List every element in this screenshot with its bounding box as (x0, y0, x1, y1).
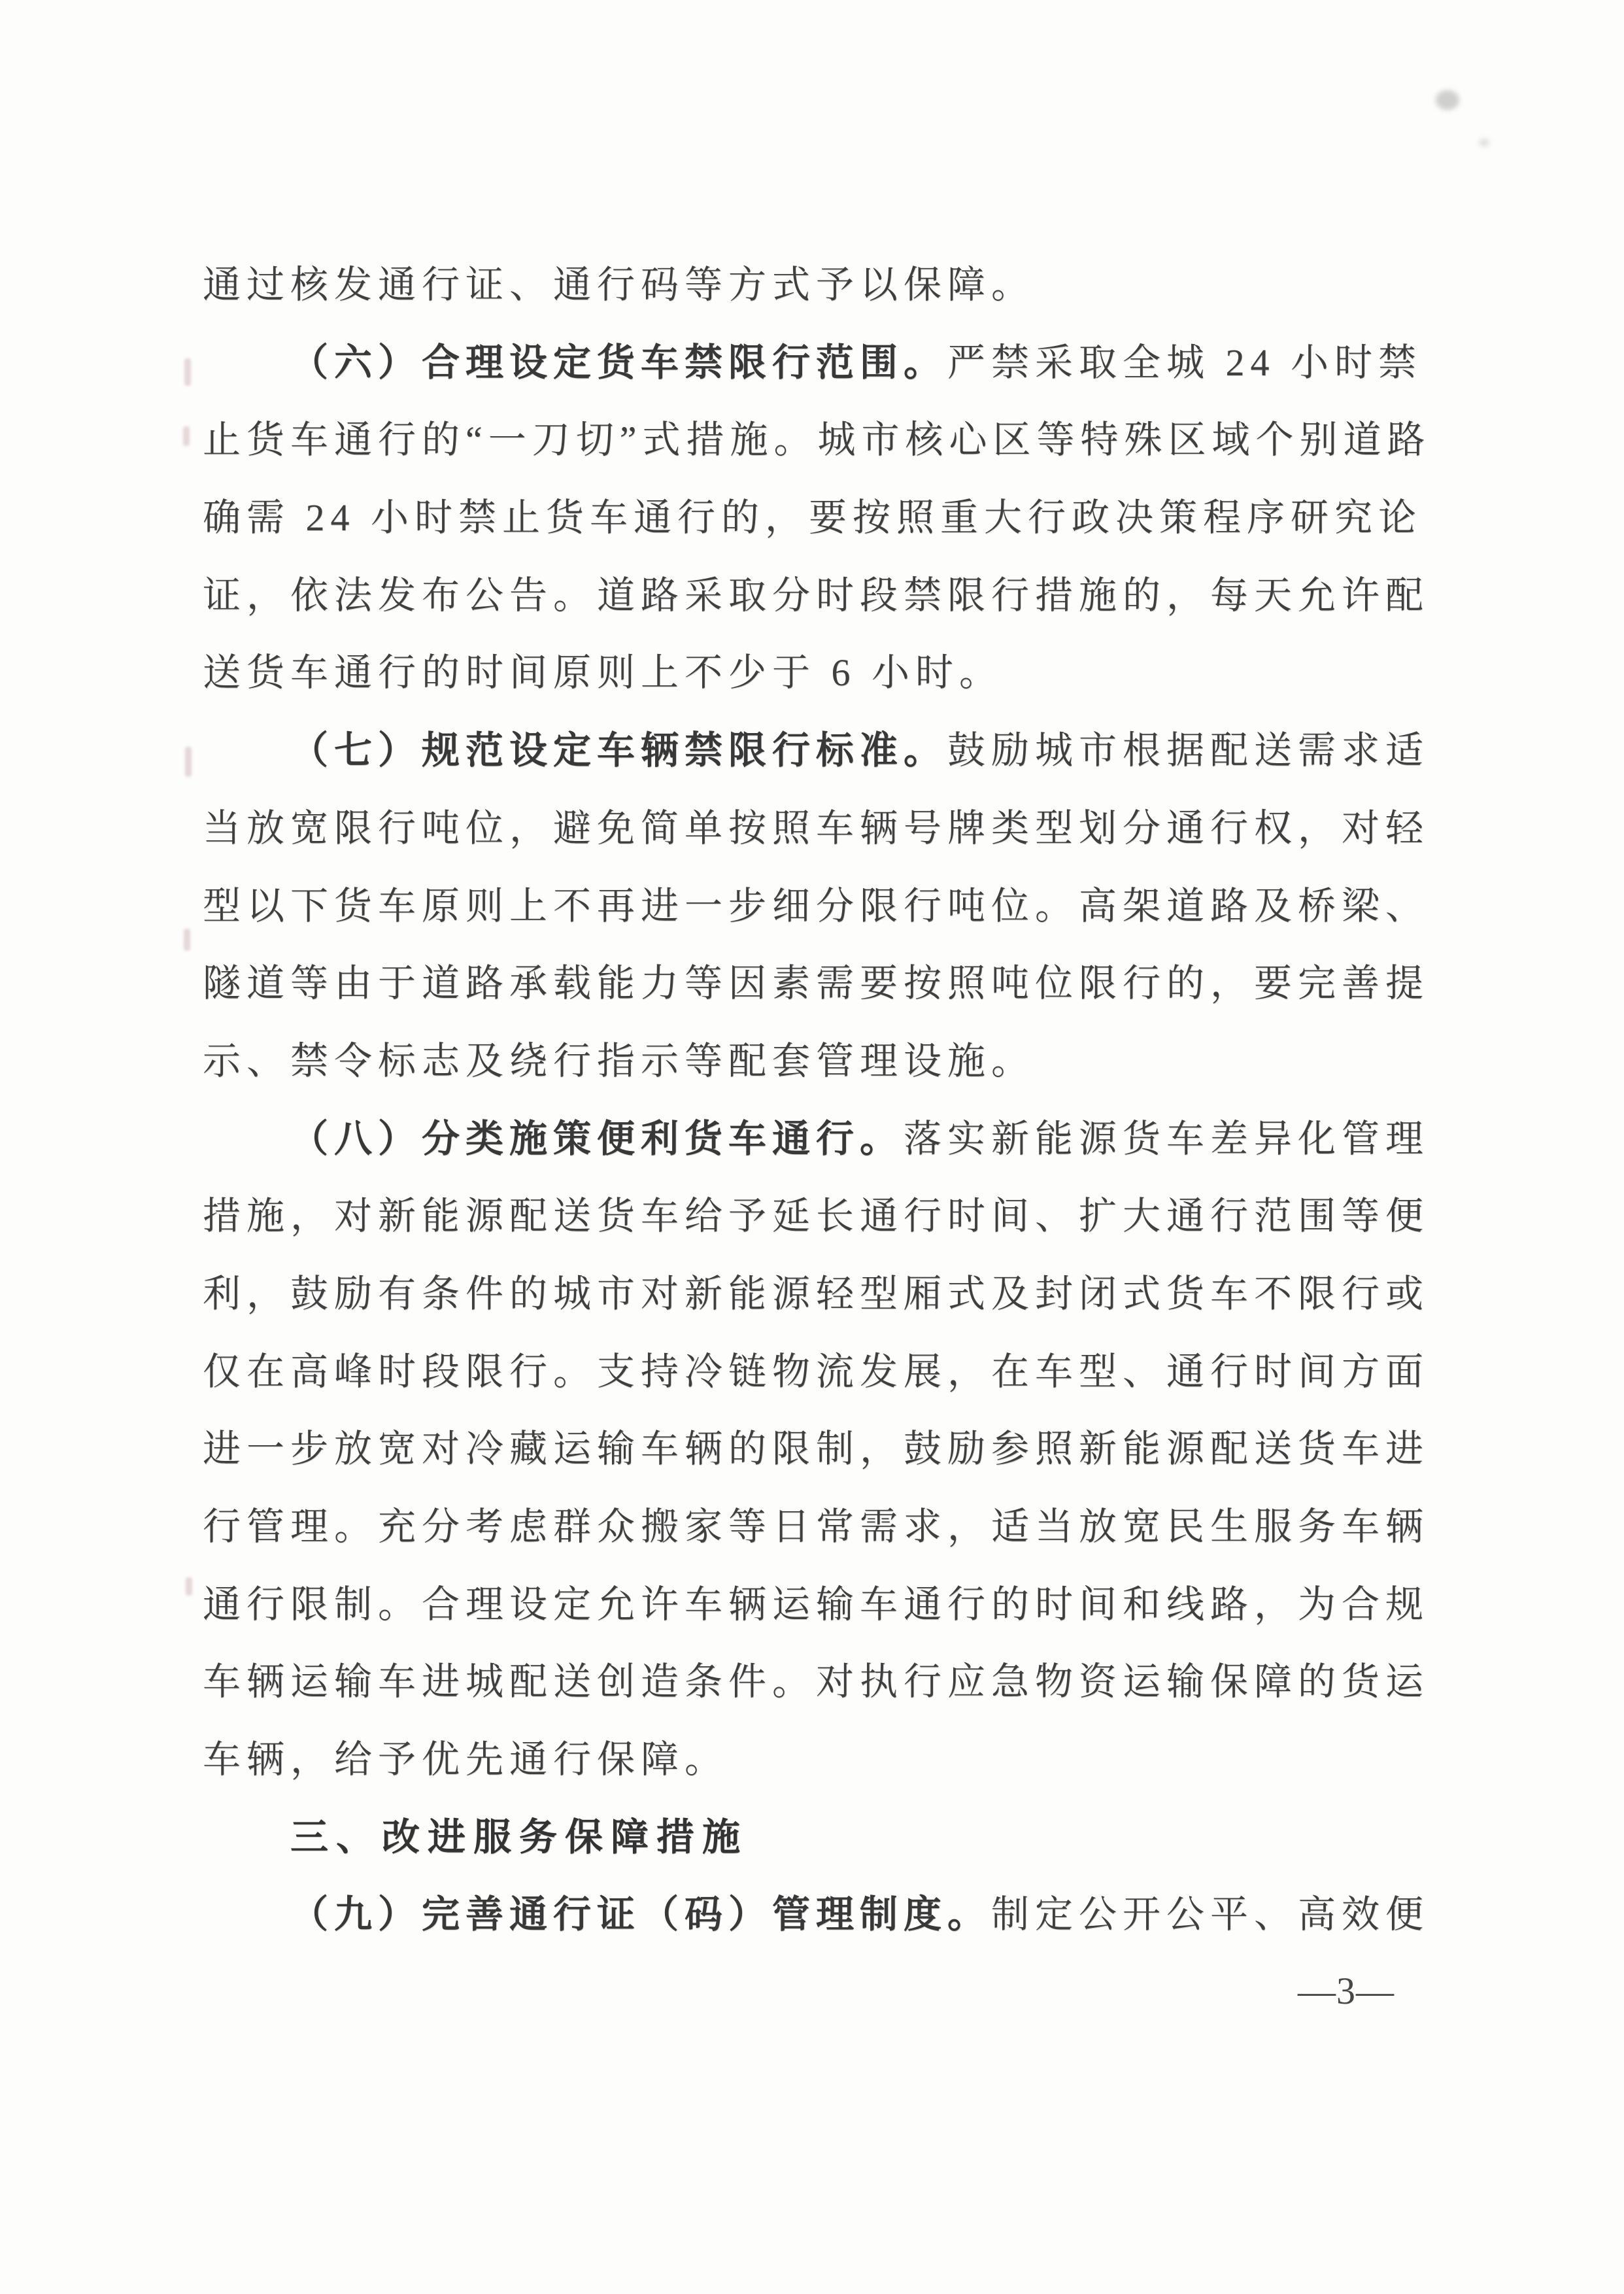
scan-smudge (1479, 139, 1489, 146)
text-line: 车辆，给予优先通行保障。 (203, 1721, 1434, 1799)
text-line: 行管理。充分考虑群众搬家等日常需求，适当放宽民生服务车辆 (203, 1488, 1434, 1566)
text-segment-heading: 三、改进服务保障措施 (290, 1816, 748, 1858)
text-line: 止货车通行的“一刀切”式措施。城市核心区等特殊区域个别道路 (203, 402, 1434, 479)
text-segment-body: 通行限制。合理设定允许车辆运输车通行的时间和线路，为合规 (203, 1583, 1429, 1626)
ink-bleed-mark (183, 426, 190, 446)
text-line: （七）规范设定车辆禁限行标准。鼓励城市根据配送需求适 (203, 712, 1434, 790)
text-segment-body: 车辆，给予优先通行保障。 (203, 1738, 728, 1781)
ink-bleed-mark (185, 747, 192, 777)
text-line: 措施，对新能源配送货车给予延长通行时间、扩大通行范围等便 (203, 1178, 1434, 1256)
text-line: 示、禁令标志及绕行指示等配套管理设施。 (203, 1023, 1434, 1101)
text-line: 送货车通行的时间原则上不少于 6 小时。 (203, 634, 1434, 712)
text-segment-body: 利，鼓励有条件的城市对新能源轻型厢式及封闭式货车不限行或 (203, 1273, 1429, 1315)
text-line: 确需 24 小时禁止货车通行的，要按照重大行政决策程序研究论 (203, 479, 1434, 557)
text-segment-body: 落实新能源货车差异化管理 (904, 1118, 1429, 1160)
text-segment-body: 通过核发通行证、通行码等方式予以保障。 (203, 264, 1035, 306)
text-segment-lead: （七）规范设定车辆禁限行标准。 (290, 729, 947, 772)
text-segment-lead: （八）分类施策便利货车通行。 (290, 1118, 904, 1160)
text-segment-body: 措施，对新能源配送货车给予延长通行时间、扩大通行范围等便 (203, 1195, 1429, 1237)
text-line: 车辆运输车进城配送创造条件。对执行应急物资运输保障的货运 (203, 1643, 1434, 1721)
text-segment-body: 证，依法发布公告。道路采取分时段禁限行措施的，每天允许配 (203, 574, 1429, 617)
ink-bleed-mark (186, 1577, 192, 1596)
text-segment-lead: （九）完善通行证（码）管理制度。 (290, 1893, 991, 1936)
text-line: 证，依法发布公告。道路采取分时段禁限行措施的，每天允许配 (203, 557, 1434, 635)
text-line: 利，鼓励有条件的城市对新能源轻型厢式及封闭式货车不限行或 (203, 1256, 1434, 1333)
text-line: 进一步放宽对冷藏运输车辆的限制，鼓励参照新能源配送货车进 (203, 1411, 1434, 1488)
document-body: 通过核发通行证、通行码等方式予以保障。（六）合理设定货车禁限行范围。严禁采取全城… (203, 247, 1434, 1954)
text-line: 当放宽限行吨位，避免简单按照车辆号牌类型划分通行权，对轻 (203, 790, 1434, 868)
text-line: 通行限制。合理设定允许车辆运输车通行的时间和线路，为合规 (203, 1566, 1434, 1644)
document-page: 通过核发通行证、通行码等方式予以保障。（六）合理设定货车禁限行范围。严禁采取全城… (0, 0, 1624, 2294)
text-segment-body: 车辆运输车进城配送创造条件。对执行应急物资运输保障的货运 (203, 1660, 1429, 1703)
text-line: 型以下货车原则上不再进一步细分限行吨位。高架道路及桥梁、 (203, 868, 1434, 946)
text-line: （九）完善通行证（码）管理制度。制定公开公平、高效便 (203, 1876, 1434, 1954)
text-segment-body: 示、禁令标志及绕行指示等配套管理设施。 (203, 1040, 1035, 1082)
page-number: —3— (1298, 1965, 1395, 2017)
text-segment-body: 确需 24 小时禁止货车通行的，要按照重大行政决策程序研究论 (203, 496, 1422, 539)
text-segment-body: 严禁采取全城 24 小时禁 (947, 341, 1422, 384)
text-line: （八）分类施策便利货车通行。落实新能源货车差异化管理 (203, 1101, 1434, 1178)
text-segment-body: 送货车通行的时间原则上不少于 6 小时。 (203, 651, 1003, 694)
ink-bleed-mark (184, 929, 190, 951)
text-segment-body: 鼓励城市根据配送需求适 (947, 729, 1429, 772)
text-line: 三、改进服务保障措施 (203, 1799, 1434, 1877)
text-segment-body: 当放宽限行吨位，避免简单按照车辆号牌类型划分通行权，对轻 (203, 807, 1429, 849)
text-segment-body: 型以下货车原则上不再进一步细分限行吨位。高架道路及桥梁、 (203, 885, 1429, 927)
ink-bleed-mark (184, 358, 191, 386)
text-line: 仅在高峰时段限行。支持冷链物流发展，在车型、通行时间方面 (203, 1333, 1434, 1411)
text-line: 通过核发通行证、通行码等方式予以保障。 (203, 247, 1434, 324)
text-segment-body: 进一步放宽对冷藏运输车辆的限制，鼓励参照新能源配送货车进 (203, 1428, 1429, 1470)
text-line: 隧道等由于道路承载能力等因素需要按照吨位限行的，要完善提 (203, 945, 1434, 1023)
text-segment-body: 止货车通行的“一刀切”式措施。城市核心区等特殊区域个别道路 (203, 419, 1431, 461)
text-line: （六）合理设定货车禁限行范围。严禁采取全城 24 小时禁 (203, 324, 1434, 402)
text-segment-lead: （六）合理设定货车禁限行范围。 (290, 341, 947, 384)
text-segment-body: 行管理。充分考虑群众搬家等日常需求，适当放宽民生服务车辆 (203, 1505, 1429, 1548)
text-segment-body: 仅在高峰时段限行。支持冷链物流发展，在车型、通行时间方面 (203, 1350, 1429, 1393)
text-segment-body: 制定公开公平、高效便 (991, 1893, 1429, 1936)
text-segment-body: 隧道等由于道路承载能力等因素需要按照吨位限行的，要完善提 (203, 962, 1429, 1004)
scan-smudge (1436, 90, 1459, 110)
